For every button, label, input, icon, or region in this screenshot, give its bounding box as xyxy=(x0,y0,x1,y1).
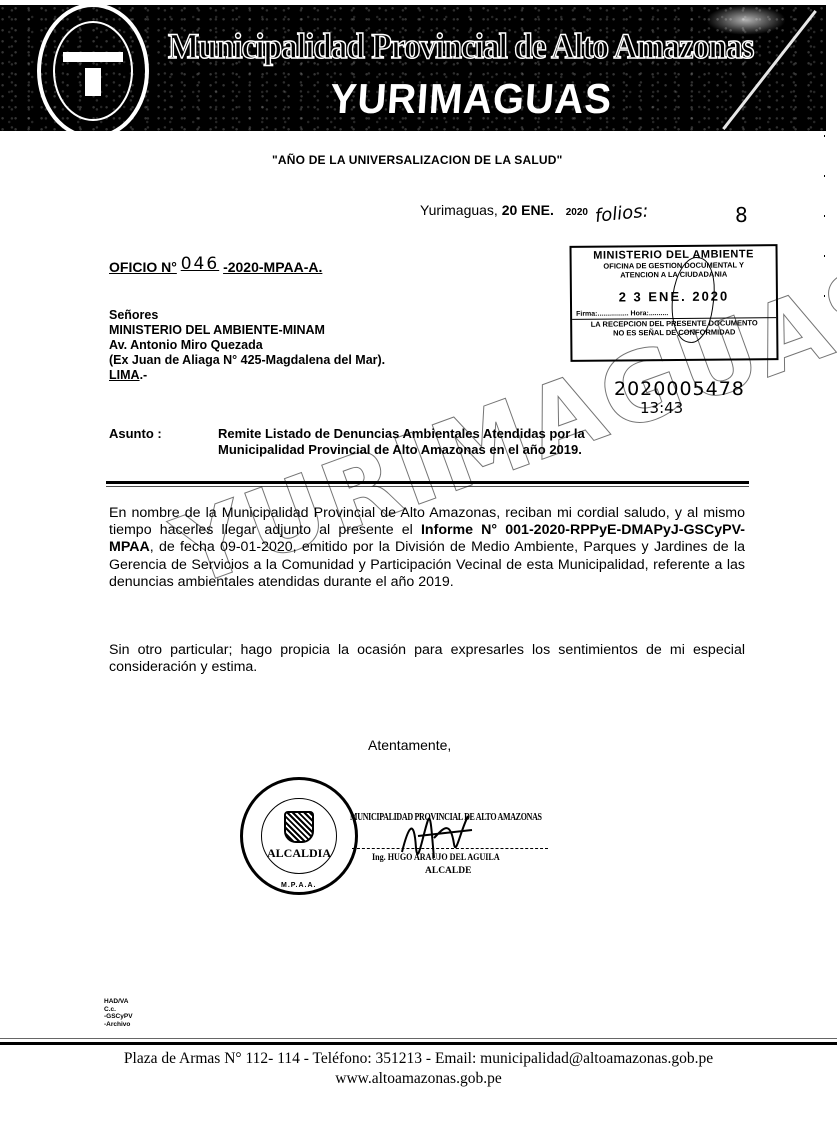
subject-line-2: Municipalidad Provincial de Alto Amazona… xyxy=(218,442,585,458)
subject-text: Remite Listado de Denuncias Ambientales … xyxy=(218,426,585,458)
year-motto: "AÑO DE LA UNIVERSALIZACION DE LA SALUD" xyxy=(272,153,563,167)
reference-prefix: OFICIO N° xyxy=(109,259,177,275)
registry-number: 2020005478 xyxy=(614,378,745,400)
date-line: Yurimaguas, 20 ENE. 2020 xyxy=(420,202,588,218)
document-reference: OFICIO N° 046 -2020-MPAA-A. xyxy=(109,257,322,277)
copy-office: -GSCyPV xyxy=(104,1013,133,1021)
stamp-office-2: ATENCION A LA CIUDADANIA xyxy=(572,269,776,280)
seal-band xyxy=(63,52,123,62)
signatory-organization: MUNICIPALIDAD PROVINCIAL DE ALTO AMAZONA… xyxy=(350,812,542,823)
signatory-role: ALCALDE xyxy=(425,866,471,876)
signature-line xyxy=(352,848,548,849)
folios-count: 8 xyxy=(735,203,748,227)
salutation: Señores xyxy=(109,308,385,323)
copy-cc: C.c. xyxy=(104,1006,133,1014)
recipient-block: Señores MINISTERIO DEL AMBIENTE-MINAM Av… xyxy=(109,308,385,383)
date-place: Yurimaguas, xyxy=(420,202,498,218)
divider-thin xyxy=(106,486,749,487)
copy-initials: HAD/VA xyxy=(104,998,133,1006)
registry-time: 13:43 xyxy=(640,399,683,417)
recipient-street: Av. Antonio Miro Quezada xyxy=(109,338,385,353)
scan-artifact xyxy=(824,135,825,305)
date-year: 2020 xyxy=(566,207,588,218)
footer-divider-thin xyxy=(0,1038,837,1039)
closing: Atentamente, xyxy=(368,737,451,753)
coat-of-arms-icon xyxy=(284,811,314,843)
stamped-date: 20 ENE. xyxy=(502,202,554,218)
folios-handwritten: folios: xyxy=(594,200,650,227)
recipient-organization: MINISTERIO DEL AMBIENTE-MINAM xyxy=(109,323,385,338)
subject-line-1: Remite Listado de Denuncias Ambientales … xyxy=(218,426,585,442)
subject-label: Asunto : xyxy=(109,426,162,441)
seal-emblem: ALCALDIA xyxy=(261,798,337,874)
recipient-street-former: (Ex Juan de Aliaga N° 425-Magdalena del … xyxy=(109,353,385,368)
recipient-city-line: LIMA.- xyxy=(109,368,385,383)
body-paragraph-1: En nombre de la Municipalidad Provincial… xyxy=(109,505,745,591)
reference-number: 046 xyxy=(181,254,219,274)
city-name: YURIMAGUAS xyxy=(328,75,613,123)
seal-emblem xyxy=(53,21,133,121)
footer-website: www.altoamazonas.gob.pe xyxy=(0,1070,837,1088)
reception-stamp: MINISTERIO DEL AMBIENTE OFICINA DE GESTI… xyxy=(569,244,778,362)
seal-label: ALCALDIA xyxy=(267,846,331,861)
mayor-seal: ALCALDIA M.P.A.A. xyxy=(240,777,358,895)
copy-archive: -Archivo xyxy=(104,1021,133,1029)
recipient-city: LIMA xyxy=(109,368,140,382)
municipal-seal-icon xyxy=(37,5,149,131)
divider xyxy=(106,481,749,484)
body-paragraph-2: Sin otro particular; hago propicia la oc… xyxy=(109,642,745,676)
institution-name: Municipalidad Provincial de Alto Amazona… xyxy=(168,25,754,67)
footer-divider xyxy=(0,1042,837,1045)
church-tower-icon xyxy=(85,68,101,96)
signatory-name: Ing. HUGO ARAUJO DEL AGUILA xyxy=(372,853,500,863)
copies-list: HAD/VA C.c. -GSCyPV -Archivo xyxy=(104,998,133,1028)
stamp-ministry: MINISTERIO DEL AMBIENTE xyxy=(572,248,776,262)
reference-suffix: -2020-MPAA-A. xyxy=(223,259,322,275)
seal-ring-text: M.P.A.A. xyxy=(281,882,317,889)
letterhead-banner: Municipalidad Provincial de Alto Amazona… xyxy=(0,5,826,131)
footer-contact: Plaza de Armas N° 112- 114 - Teléfono: 3… xyxy=(0,1050,837,1068)
